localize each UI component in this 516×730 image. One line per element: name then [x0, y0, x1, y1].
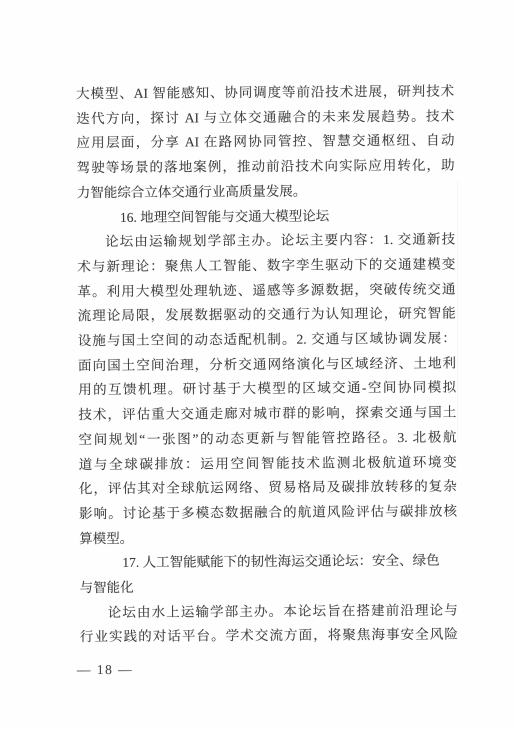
body-text-line: 面向国土空间治理，分析交通网络演化与区域经济、土地利 [78, 351, 456, 378]
body-text-line: 革。利用大模型处理轨迹、遥感等多源数据，突破传统交通 [77, 277, 455, 304]
body-text-line: 与智能化 [79, 574, 457, 601]
body-text-line: 应用层面，分享 AI 在路网协同管控、智慧交通枢纽、自动 [76, 129, 454, 156]
body-text-line: 化，评估其对全球航运网络、贸易格局及碳排放转移的复杂 [79, 475, 457, 502]
body-text-line: 大模型、AI 智能感知、协同调度等前沿技术进展，研判技术 [76, 80, 454, 107]
body-text-line: 术与新理论：聚焦人工智能、数字孪生驱动下的交通建模变 [77, 252, 455, 279]
body-text-line: 用的互馈机理。研讨基于大模型的区域交通-空间协同模拟 [78, 376, 456, 403]
body-text-line: 设施与国土空间的动态适配机制。2. 交通与区域协调发展： [78, 327, 456, 354]
body-text-line: 影响。讨论基于多模态数据融合的航道风险评估与碳排放核 [79, 499, 457, 526]
scan-artifact-line [457, 180, 458, 440]
body-text-line: 论坛由水上运输学部主办。本论坛旨在搭建前沿理论与 [80, 598, 458, 625]
body-text-line: 流理论局限，发展数据驱动的交通行为认知理论，研究智能 [78, 302, 456, 329]
body-text-line: 论坛由运输规划学部主办。论坛主要内容：1. 交通新技 [77, 228, 455, 255]
document-page: 大模型、AI 智能感知、协同调度等前沿技术进展，研判技术迭代方向，探讨 AI 与… [0, 0, 516, 730]
body-text-line: 道与全球碳排放：运用空间智能技术监测北极航道环境变 [79, 450, 457, 477]
text-lines: 大模型、AI 智能感知、协同调度等前沿技术进展，研判技术迭代方向，探讨 AI 与… [76, 80, 458, 651]
section-heading-line: 16. 地理空间智能与交通大模型论坛 [77, 203, 455, 230]
body-text-line: 迭代方向，探讨 AI 与立体交通融合的未来发展趋势。技术 [76, 104, 454, 131]
body-text-line: 空间规划“一张图”的动态更新与智能管控路径。3. 北极航 [78, 425, 456, 452]
section-heading-line: 17. 人工智能赋能下的韧性海运交通论坛：安全、绿色 [79, 549, 457, 576]
body-text-line: 力智能综合立体交通行业高质量发展。 [77, 178, 455, 205]
page-number: — 18 — [77, 662, 133, 678]
body-text-line: 行业实践的对话平台。学术交流方面，将聚焦海事安全风险 [80, 623, 458, 650]
body-text-line: 技术，评估重大交通走廊对城市群的影响，探索交通与国土 [78, 401, 456, 428]
body-text-line: 算模型。 [79, 524, 457, 551]
text-block: 大模型、AI 智能感知、协同调度等前沿技术进展，研判技术迭代方向，探讨 AI 与… [76, 80, 458, 651]
body-text-line: 驾驶等场景的落地案例，推动前沿技术向实际应用转化，助 [77, 154, 455, 181]
